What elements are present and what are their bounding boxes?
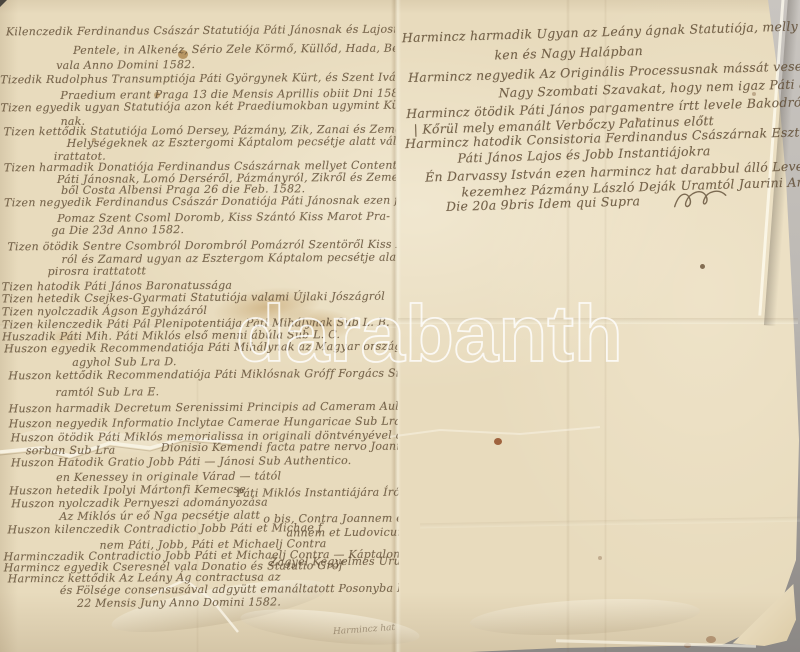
manuscript-photo: Kilenczedik Ferdinandus Császár Statutió… xyxy=(0,0,800,652)
manuscript-line: Pentele, in Alkenéz, Sério Zele Körmő, K… xyxy=(73,41,399,57)
manuscript-line: pirosra irattatott xyxy=(48,264,147,278)
manuscript-line: Dionisio Kemendi facta patre nervo Joann… xyxy=(161,439,399,454)
manuscript-line: en Kenessey in originale Várad — tától xyxy=(56,469,281,484)
manuscript-line: Tizen egyedik ugyan Statutiója azon két … xyxy=(0,98,399,114)
manuscript-line: Huszon harmadik Decretum Serenissimi Pri… xyxy=(9,399,400,415)
manuscript-line: Zagyel Kegyelmes Urun- xyxy=(270,555,400,569)
manuscript-line: 22 Mensis Juny Anno Domini 1582. xyxy=(77,595,281,609)
manuscript-line: Huszon kilenczedik Contradictio Jobb Pát… xyxy=(7,521,322,536)
manuscript-line: vala Anno Domini 1582. xyxy=(56,58,195,72)
manuscript-line: Huszon Hatodik Gratio Jobb Páti — Jánosi… xyxy=(11,454,352,469)
manuscript-line: Huszon negyedik Informatio Inclytae Came… xyxy=(9,414,400,430)
manuscript-line: Tizedik Rudolphus Transumptiója Páti Gyö… xyxy=(0,70,399,86)
manuscript-line: ga Die 23d Anno 1582. xyxy=(51,223,184,237)
manuscript-line: és Fölsége consensusával adgyütt emanált… xyxy=(60,581,399,596)
manuscript-line: agyhol Sub Lra D. xyxy=(72,355,177,369)
manuscript-line: ramtól Sub Lra E. xyxy=(55,385,159,399)
manuscript-line: Tizen negyedik Ferdinandus Császár Donat… xyxy=(4,193,399,209)
manuscript-line: Helységeknek az Esztergomi Káptalom pecs… xyxy=(67,134,400,150)
darabanth-watermark: darabanth xyxy=(236,294,623,374)
manuscript-line: ken és Nagy Halápban xyxy=(494,43,643,62)
manuscript-line: Harmincz harmadik Ugyan az Leány ágnak S… xyxy=(402,16,800,45)
manuscript-line: Kilenczedik Ferdinandus Császár Statutió… xyxy=(6,22,399,38)
